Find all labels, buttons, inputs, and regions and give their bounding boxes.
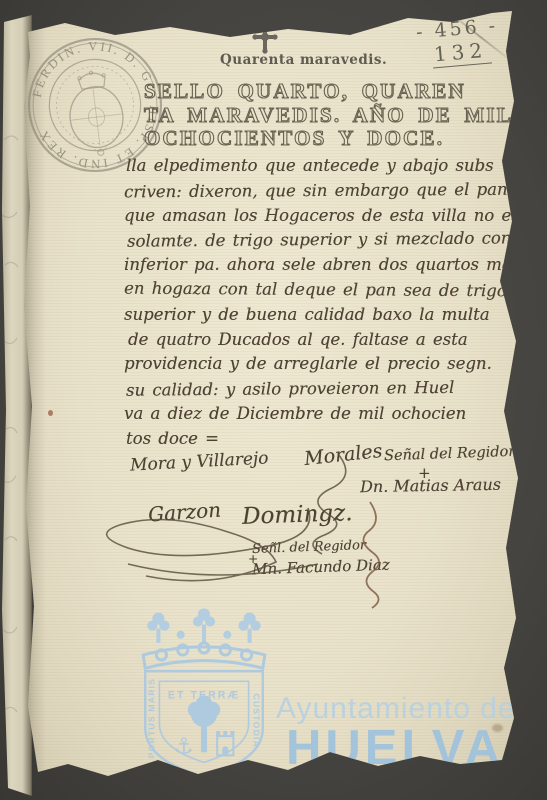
watermark-caption-line2: HUELVA (286, 720, 504, 776)
crown-icon (147, 608, 260, 642)
huelva-coat-of-arms-watermark: ET TERRÆ ⚓ PORTUS MARIS CUSTODIA (128, 604, 280, 782)
photographed-document: - 456 - 132 Quarenta maravedis. (0, 0, 547, 800)
garzon-underline (128, 564, 318, 575)
morales-rubric (313, 454, 346, 554)
ink-stain (48, 410, 53, 416)
shield-motto-right: CUSTODIA (252, 694, 262, 749)
shield-motto-left: PORTUS MARIS (146, 678, 156, 759)
manuscript-page: - 456 - 132 Quarenta maravedis. (20, 6, 520, 796)
anchor-icon: ⚓ (174, 733, 194, 759)
tower-icon (216, 731, 234, 755)
garzon-rubric (107, 508, 310, 581)
dominguez-rubric (363, 502, 379, 608)
